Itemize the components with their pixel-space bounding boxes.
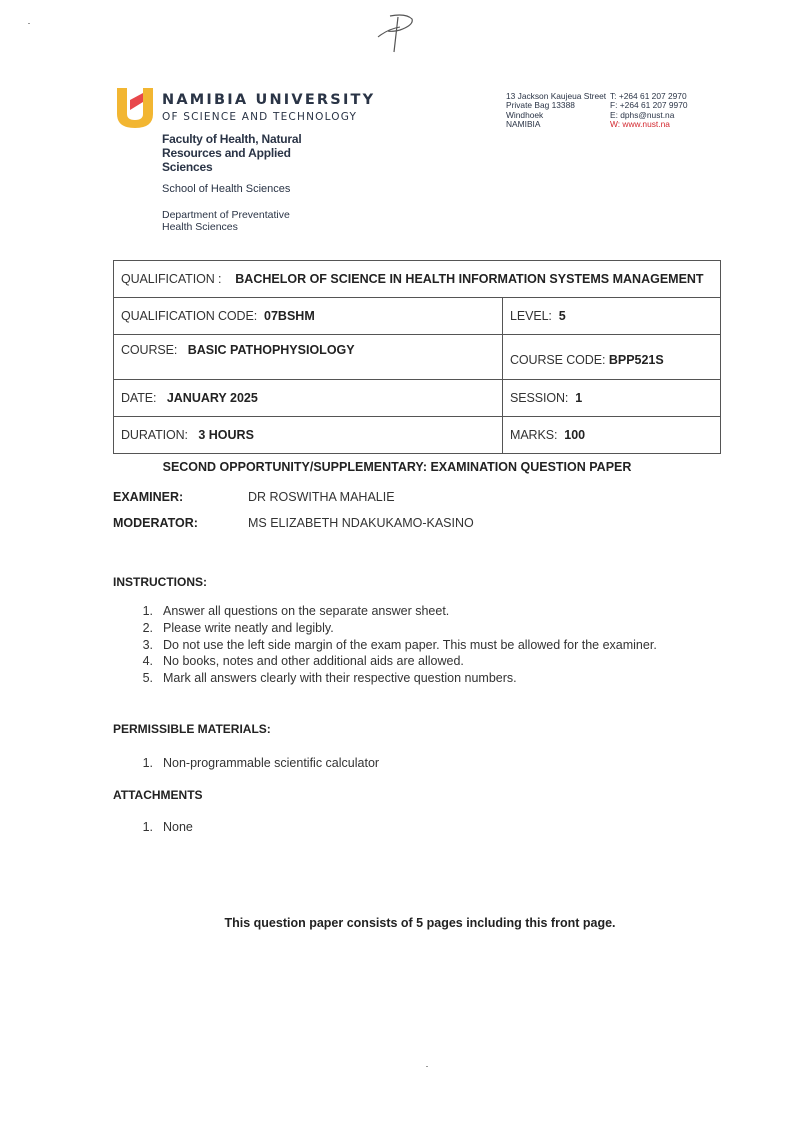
address-block: 13 Jackson Kaujeua Street Private Bag 13… [506,92,606,129]
contact-block: T: +264 61 207 2970 F: +264 61 207 9970 … [610,92,688,129]
page-count-note: This question paper consists of 5 pages … [0,916,794,930]
address-line: NAMIBIA [506,120,606,129]
qualification-label: QUALIFICATION : [121,272,221,286]
course-label: COURSE: [121,343,177,357]
list-item: 1.Answer all questions on the separate a… [113,603,657,620]
university-subtitle: OF SCIENCE AND TECHNOLOGY [162,111,357,123]
list-number: 3. [113,637,163,654]
department-name: Department of Preventative Health Scienc… [162,209,322,233]
university-name: NAMIBIA UNIVERSITY [162,92,375,108]
qualification-code-row: QUALIFICATION CODE: 07BSHM LEVEL: 5 [114,298,721,335]
session-cell: SESSION: 1 [503,380,721,417]
school-name: School of Health Sciences [162,183,290,195]
instructions-heading: INSTRUCTIONS: [113,575,207,589]
instructions-list: 1.Answer all questions on the separate a… [113,603,657,687]
course-code-cell: COURSE CODE: BPP521S [503,335,721,380]
date-cell: DATE: JANUARY 2025 [114,380,503,417]
course-cell: COURSE: BASIC PATHOPHYSIOLOGY [114,335,503,380]
list-item: 1.None [113,819,193,836]
list-item: 3.Do not use the left side margin of the… [113,637,657,654]
scan-speck [28,23,30,24]
examiner-label: EXAMINER: [113,490,183,504]
moderator-label: MODERATOR: [113,516,198,530]
list-item: 5.Mark all answers clearly with their re… [113,670,657,687]
scan-speck [426,1066,428,1067]
duration-cell: DURATION: 3 HOURS [114,417,503,454]
date-row: DATE: JANUARY 2025 SESSION: 1 [114,380,721,417]
attachments-list: 1.None [113,819,193,836]
handwritten-p-mark [376,14,436,54]
nust-shield-logo [114,84,156,130]
exam-info-table: QUALIFICATION : BACHELOR OF SCIENCE IN H… [113,260,721,454]
session-value: 1 [575,391,582,405]
session-label: SESSION: [510,391,568,405]
list-text: Mark all answers clearly with their resp… [163,670,517,687]
examiner-value: DR ROSWITHA MAHALIE [248,490,395,504]
list-number: 1. [113,755,163,772]
level-cell: LEVEL: 5 [503,298,721,335]
level-value: 5 [559,309,566,323]
list-item: 4.No books, notes and other additional a… [113,653,657,670]
list-text: Answer all questions on the separate ans… [163,603,449,620]
marks-cell: MARKS: 100 [503,417,721,454]
attachments-heading: ATTACHMENTS [113,788,203,802]
faculty-name: Faculty of Health, Natural Resources and… [162,132,322,174]
qualification-code-label: QUALIFICATION CODE: [121,309,257,323]
qualification-code-cell: QUALIFICATION CODE: 07BSHM [114,298,503,335]
website-link[interactable]: W: www.nust.na [610,120,688,129]
list-number: 2. [113,620,163,637]
moderator-value: MS ELIZABETH NDAKUKAMO-KASINO [248,516,474,530]
level-label: LEVEL: [510,309,552,323]
list-text: Do not use the left side margin of the e… [163,637,657,654]
qualification-cell: QUALIFICATION : BACHELOR OF SCIENCE IN H… [114,261,721,298]
date-label: DATE: [121,391,156,405]
list-number: 1. [113,819,163,836]
list-text: No books, notes and other additional aid… [163,653,464,670]
duration-value: 3 HOURS [198,428,254,442]
course-row: COURSE: BASIC PATHOPHYSIOLOGY COURSE COD… [114,335,721,380]
permissible-materials-heading: PERMISSIBLE MATERIALS: [113,722,271,736]
list-text: Non-programmable scientific calculator [163,755,379,772]
course-value: BASIC PATHOPHYSIOLOGY [188,343,355,357]
duration-row: DURATION: 3 HOURS MARKS: 100 [114,417,721,454]
date-value: JANUARY 2025 [167,391,258,405]
list-text: Please write neatly and legibly. [163,620,334,637]
list-number: 5. [113,670,163,687]
list-item: 2.Please write neatly and legibly. [113,620,657,637]
paper-type-heading: SECOND OPPORTUNITY/SUPPLEMENTARY: EXAMIN… [0,460,794,474]
qualification-value: BACHELOR OF SCIENCE IN HEALTH INFORMATIO… [235,272,703,286]
marks-label: MARKS: [510,428,557,442]
course-code-label: COURSE CODE: [510,353,605,367]
list-number: 4. [113,653,163,670]
permissible-materials-list: 1.Non-programmable scientific calculator [113,755,379,772]
duration-label: DURATION: [121,428,188,442]
qualification-code-value: 07BSHM [264,309,315,323]
list-number: 1. [113,603,163,620]
list-text: None [163,819,193,836]
qualification-row: QUALIFICATION : BACHELOR OF SCIENCE IN H… [114,261,721,298]
course-code-value: BPP521S [609,353,664,367]
list-item: 1.Non-programmable scientific calculator [113,755,379,772]
marks-value: 100 [564,428,585,442]
